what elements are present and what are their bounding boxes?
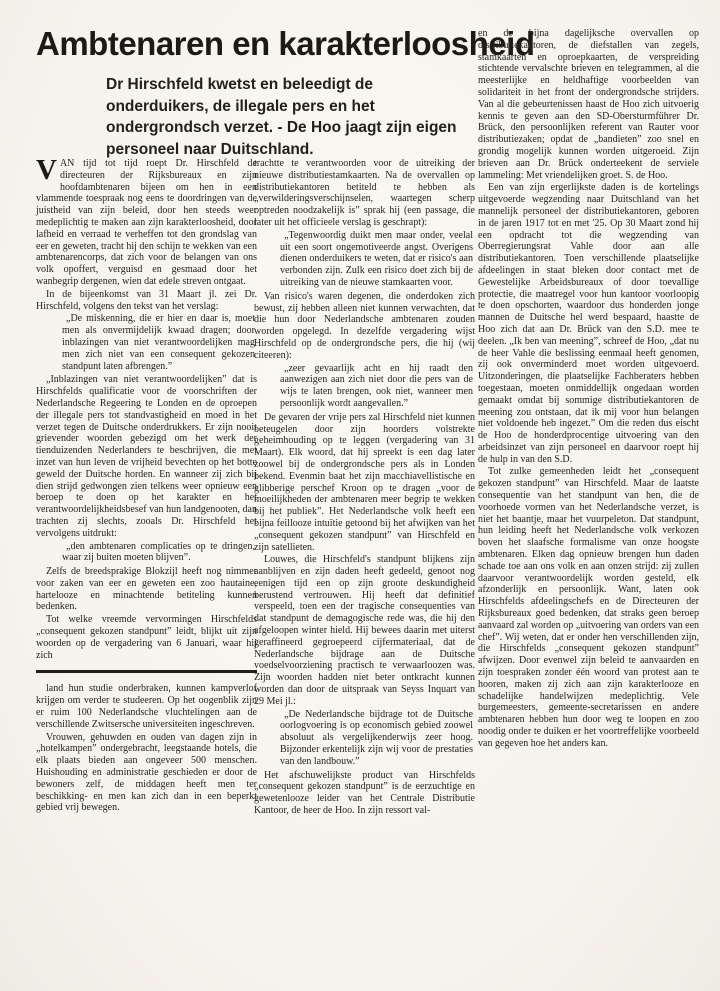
- drop-cap: V: [36, 158, 60, 182]
- article-paragraph: land hun studie onderbraken, kunnen kamp…: [36, 683, 257, 730]
- article-masthead: Ambtenaren en karakterloosheid Dr Hirsch…: [36, 26, 474, 160]
- column-middle: trachtte te verantwoorden voor de uitrei…: [254, 158, 475, 938]
- column-left: VAN tijd tot tijd roept Dr. Hirschfeld d…: [36, 158, 257, 962]
- block-quote: „De miskenning, die er hier en daar is, …: [62, 313, 257, 372]
- section-divider-rule: [36, 670, 257, 673]
- article-paragraph: „Inblazingen van niet verantwoordelijken…: [36, 374, 257, 539]
- article-paragraph: Tot welke vreemde vervormingen Hirschfel…: [36, 614, 257, 661]
- article-paragraph: Tot zulke gemeenheden leidt het „consequ…: [478, 466, 699, 749]
- article-paragraph: Zelfs de breedsprakige Blokzijl heeft no…: [36, 566, 257, 613]
- block-quote: „De Nederlandsche bijdrage tot de Duitsc…: [280, 709, 475, 768]
- paragraph-text: AN tijd tot tijd roept Dr. Hirschfeld de…: [36, 158, 257, 287]
- block-quote: „zeer gevaarlijk acht en hij raadt den a…: [280, 363, 475, 410]
- article-paragraph: In de bijeenkomst van 31 Maart jl. zei D…: [36, 289, 257, 313]
- column-right: en de bijna dagelijksche overvallen op d…: [478, 28, 699, 962]
- article-paragraph: Louwes, die Hirschfeld's standpunt blijk…: [254, 554, 475, 707]
- newspaper-page: Ambtenaren en karakterloosheid Dr Hirsch…: [0, 0, 720, 991]
- subheadline: Dr Hirschfeld kwetst en beleedigt de ond…: [106, 74, 472, 160]
- article-paragraph: Van risico's waren degenen, die onderdok…: [254, 291, 475, 362]
- block-quote: „den ambtenaren complicaties op te dring…: [62, 541, 257, 565]
- secondary-article-fragment: land hun studie onderbraken, kunnen kamp…: [36, 683, 257, 814]
- article-paragraph: Het afschuwelijkste product van Hirschfe…: [254, 770, 475, 817]
- article-paragraph: trachtte te verantwoorden voor de uitrei…: [254, 158, 475, 229]
- article-paragraph: De gevaren der vrije pers zal Hirschfeld…: [254, 412, 475, 554]
- headline: Ambtenaren en karakterloosheid: [36, 26, 474, 62]
- block-quote: „Tegenwoordig duikt men maar onder, veel…: [280, 230, 475, 289]
- article-paragraph: Vrouwen, gehuwden en ouden van dagen zij…: [36, 732, 257, 815]
- article-paragraph: VAN tijd tot tijd roept Dr. Hirschfeld d…: [36, 158, 257, 288]
- article-paragraph: en de bijna dagelijksche overvallen op d…: [478, 28, 699, 181]
- article-paragraph: Een van zijn ergerlijkste daden is de ko…: [478, 182, 699, 465]
